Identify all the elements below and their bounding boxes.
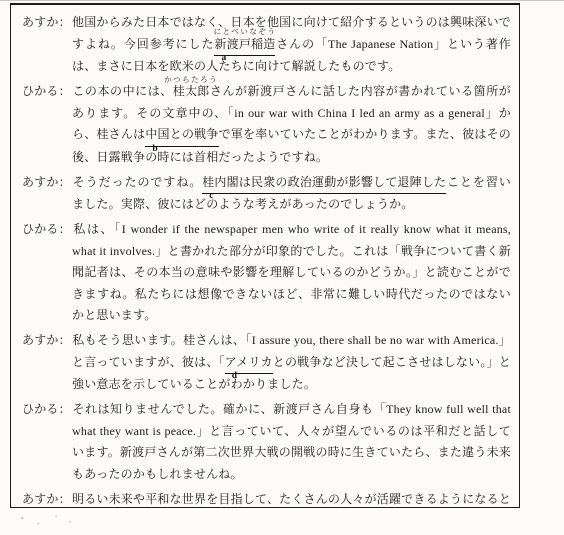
text-segment: 新渡戸稲造 bbox=[214, 37, 275, 51]
dialogue-turn: あすか：私もそう思います。桂さんは、「I assure you, there s… bbox=[22, 330, 511, 396]
underlined-phrase-c: 桂内閣は民衆の政治運動が影響して退陣したc bbox=[202, 172, 446, 195]
speaker-name: あすか： bbox=[22, 489, 72, 509]
underlined-phrase-d: アメリカd bbox=[225, 352, 273, 375]
speaker-name: あすか： bbox=[22, 12, 72, 34]
dialogue-turn: ひかる：この本の中には、桂太郎かつらたろうさんが新渡戸さんに話した内容が書かれて… bbox=[22, 81, 511, 168]
text-segment: 私は、「I wonder if the newspaper men who wr… bbox=[72, 222, 511, 322]
text-segment: 明るい未来や平和な世界を目指して、たくさんの人々が bbox=[72, 492, 377, 506]
text-segment: そうだったのですね。 bbox=[72, 175, 202, 189]
underline-label: a bbox=[221, 54, 226, 64]
furigana: にとべいなぞう bbox=[214, 28, 277, 36]
text-segment: アメリカ bbox=[225, 355, 273, 369]
ruby-phrase: 桂太郎かつらたろう bbox=[173, 81, 210, 103]
dialogue-passage-box: あすか：他国からみた日本ではなく、日本を他国に向けて紹介するというのは興味深いで… bbox=[10, 3, 520, 508]
scan-noise bbox=[14, 511, 84, 529]
dialogue-turn: あすか：そうだったのですね。桂内閣は民衆の政治運動が影響して退陣したcことを習い… bbox=[22, 172, 511, 216]
text-segment: 桂太郎 bbox=[173, 84, 210, 98]
text-segment: 中国との戦争 bbox=[145, 127, 218, 141]
text-segment: 活躍できる bbox=[377, 492, 438, 506]
underline-label: b bbox=[152, 145, 157, 155]
underlined-phrase-a: 新渡戸稲造にとべいなぞうa bbox=[214, 34, 275, 57]
speaker-name: ひかる： bbox=[22, 399, 72, 421]
underline-label: c bbox=[209, 192, 213, 202]
text-segment: それは知りませんでした。確かに、新渡戸さん自身も「They know full … bbox=[72, 402, 511, 481]
furigana: かつらたろう bbox=[164, 76, 218, 84]
dialogue-turn: ひかる：それは知りませんでした。確かに、新渡戸さん自身も「They know f… bbox=[22, 399, 511, 485]
speaker-name: ひかる： bbox=[22, 81, 72, 103]
underline-label: d bbox=[232, 372, 237, 382]
dialogue-turn: ひかる：私は、「I wonder if the newspaper men wh… bbox=[22, 219, 511, 327]
underlined-phrase-b: 中国との戦争b bbox=[145, 124, 218, 147]
speaker-name: ひかる： bbox=[22, 219, 72, 241]
scanned-document-page: あすか：他国からみた日本ではなく、日本を他国に向けて紹介するというのは興味深いで… bbox=[0, 0, 564, 535]
text-segment: 桂内閣は民衆の政治運動が影響して退陣した bbox=[202, 175, 446, 189]
underlined-phrase-e: 活躍できるe bbox=[377, 489, 438, 509]
dialogue-turn: あすか：他国からみた日本ではなく、日本を他国に向けて紹介するというのは興味深いで… bbox=[22, 12, 511, 78]
speaker-name: あすか： bbox=[22, 172, 72, 194]
speaker-name: あすか： bbox=[22, 330, 72, 352]
text-segment: この本の中には、 bbox=[72, 84, 173, 98]
dialogue-turn: あすか：明るい未来や平和な世界を目指して、たくさんの人々が活躍できるeようになる… bbox=[22, 489, 511, 509]
